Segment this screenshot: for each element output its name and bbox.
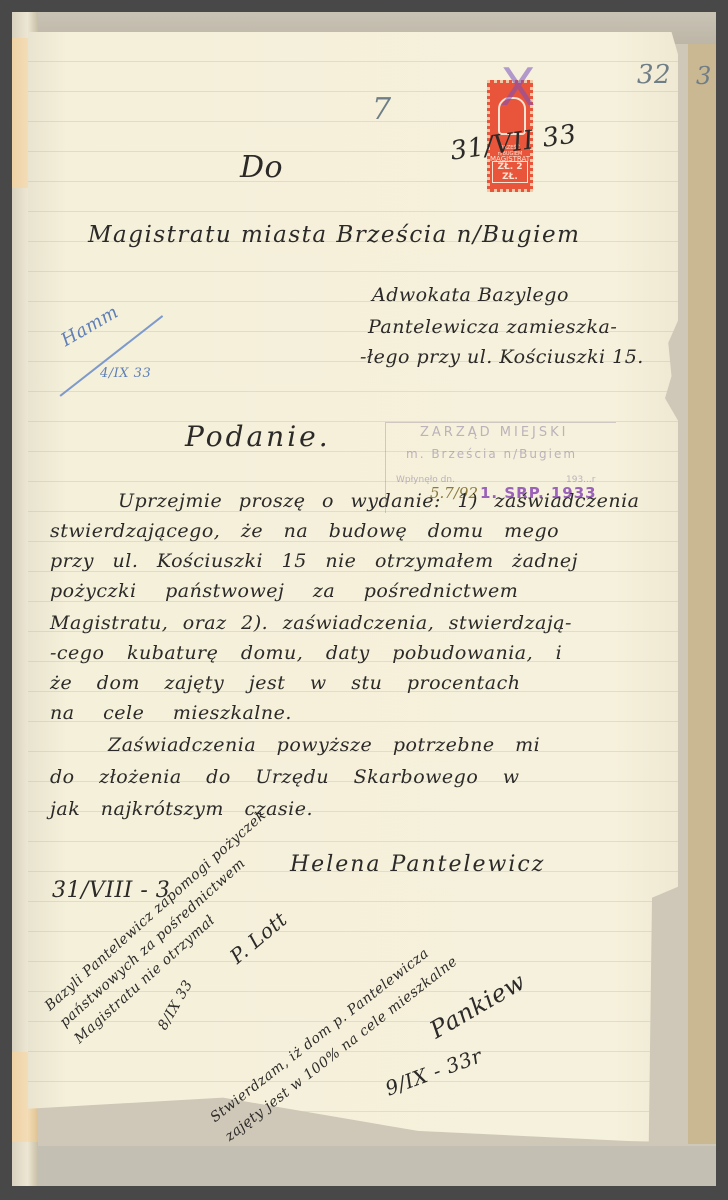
document-title: Podanie. xyxy=(185,420,331,453)
folio-number: 32 xyxy=(637,60,671,90)
addressee: Magistratu miasta Brześcia n/Bugiem xyxy=(88,222,580,248)
body-line: pożyczki państwowej za pośrednictwem xyxy=(50,580,518,602)
body-line: stwierdzającego, że na budowę domu mego xyxy=(50,520,559,542)
sender-line: -łego przy ul. Kościuszki 15. xyxy=(360,346,644,368)
body-line: Magistratu, oraz 2). zaświadczenia, stwi… xyxy=(50,612,572,634)
underlying-page-edge xyxy=(688,44,716,1144)
folio-number-edge: 3 xyxy=(696,62,712,90)
signature: Helena Pantelewicz xyxy=(290,852,545,877)
registry-stamp-line1: ZARZĄD MIEJSKI xyxy=(420,425,568,440)
body-line: -cego kubaturę domu, daty pobudowania, i xyxy=(50,642,562,664)
registry-stamp-line2: m. Brześcia n/Bugiem xyxy=(406,447,577,461)
stamp-cancel-mark: X xyxy=(500,58,536,118)
blue-pencil-date: 4/IX 33 xyxy=(100,366,151,381)
body-line: przy ul. Kościuszki 15 nie otrzymałem ża… xyxy=(50,550,578,572)
body-line: że dom zajęty jest w stu procentach xyxy=(50,672,521,694)
sender-line: Pantelewicza zamieszka- xyxy=(368,316,617,338)
sender-line: Adwokata Bazylego xyxy=(372,284,569,306)
body-line: na cele mieszkalne. xyxy=(50,702,292,724)
heading-to: Do xyxy=(240,150,283,185)
body-line: Uprzejmie proszę o wydanie: 1) zaświadcz… xyxy=(118,490,639,512)
body-line: Zaświadczenia powyższe potrzebne mi xyxy=(108,734,540,756)
page-number: 7 xyxy=(372,92,392,127)
stamp-value: ZŁ. 2 ZŁ. xyxy=(492,161,528,183)
backing-board-bottom xyxy=(12,1146,716,1186)
